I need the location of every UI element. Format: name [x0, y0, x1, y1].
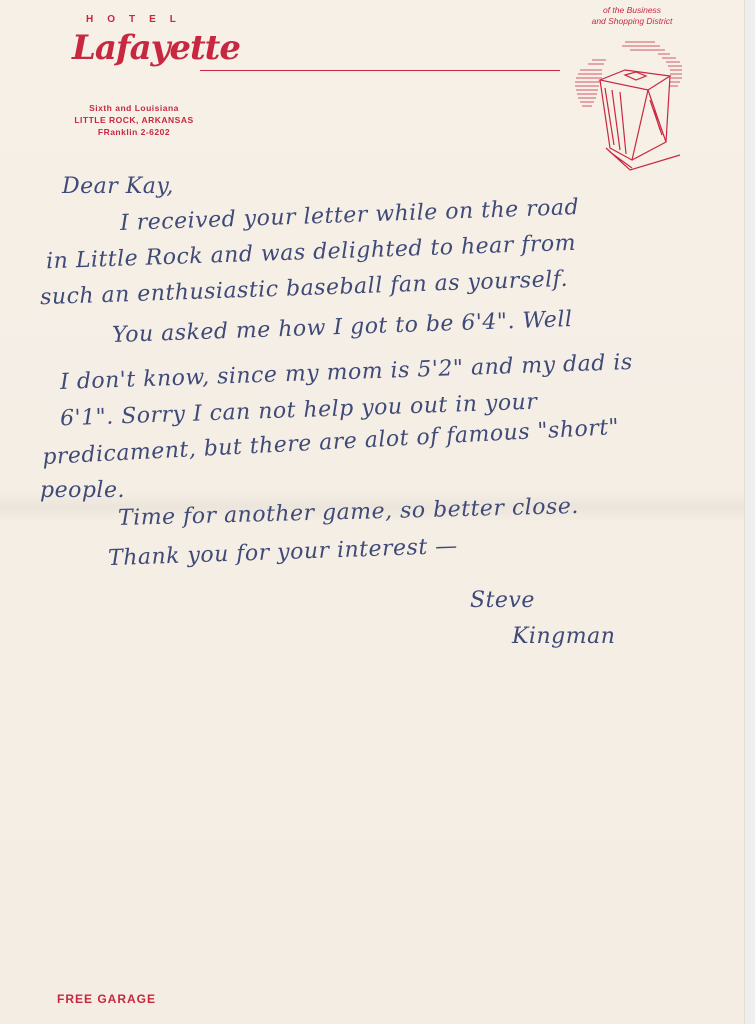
letter-line: people.: [40, 478, 125, 503]
phone-number: FRanklin 2-6202: [54, 127, 214, 137]
hotel-word: HOTEL: [86, 14, 190, 25]
salutation: Dear Kay,: [62, 174, 174, 199]
address-line-1: Sixth and Louisiana: [54, 103, 214, 113]
tagline-line-1: of the Business: [572, 5, 692, 15]
letterhead-divider: [200, 70, 560, 71]
scan-edge: [744, 0, 755, 1024]
footer-free-garage: FREE GARAGE: [57, 992, 156, 1006]
signature-first-name: Steve: [470, 588, 535, 613]
hotel-name-logo: Lafayette: [72, 28, 240, 68]
signature-last-name: Kingman: [512, 624, 615, 649]
tagline-line-2: and Shopping District: [572, 16, 692, 26]
building-illustration-icon: [570, 30, 700, 175]
address-line-2: LITTLE ROCK, ARKANSAS: [54, 115, 214, 125]
